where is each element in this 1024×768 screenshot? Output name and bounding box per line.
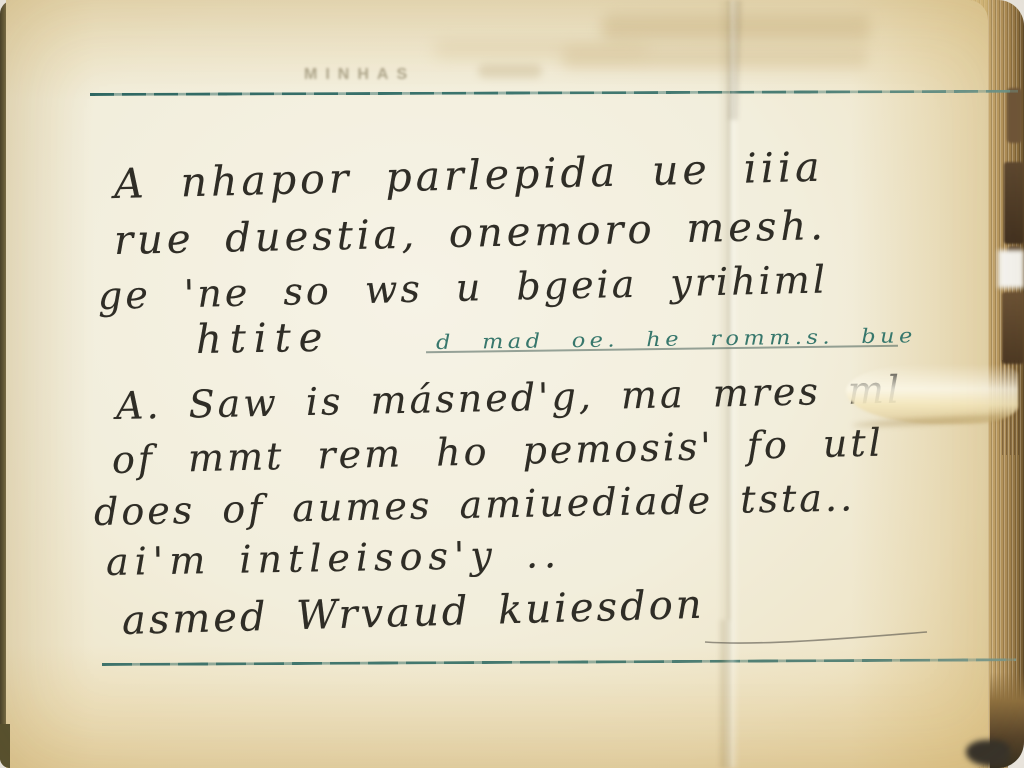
bleedthrough-print <box>434 40 648 58</box>
handwritten-line: of mmt rem ho pemosis' fo utl <box>112 420 885 482</box>
bleedthrough-print <box>562 46 868 68</box>
handwritten-line: does of aumes amiuediade tsta.. <box>94 475 856 534</box>
ruled-line-top <box>90 90 1018 96</box>
page-stack-dark-tab <box>1004 162 1024 244</box>
handwritten-line: A. Saw is másned'g, ma mres ml <box>116 368 903 428</box>
ruled-line-bottom <box>102 658 1016 666</box>
signature-underline-flourish <box>701 618 931 650</box>
page-stack-dark-tab <box>1002 292 1024 364</box>
bleedthrough-print <box>478 64 542 78</box>
faded-stamp-text: MINHAS <box>304 66 415 84</box>
bottom-left-cover-edge <box>0 724 10 768</box>
notebook-page: MINHAS A nhapor parlepida ue iiia rue du… <box>6 0 988 768</box>
handwritten-line: htite <box>196 315 331 363</box>
photo-of-open-notebook: MINHAS A nhapor parlepida ue iiia rue du… <box>0 0 1024 768</box>
handwritten-line: ai'm intleisos'y .. <box>106 532 563 584</box>
page-stack-dark-tab <box>1007 88 1022 143</box>
handwritten-signature-line: asmed Wrvaud kuiesdon <box>121 582 705 644</box>
page-corner-shadow <box>966 740 1010 766</box>
background-notch <box>998 250 1024 288</box>
